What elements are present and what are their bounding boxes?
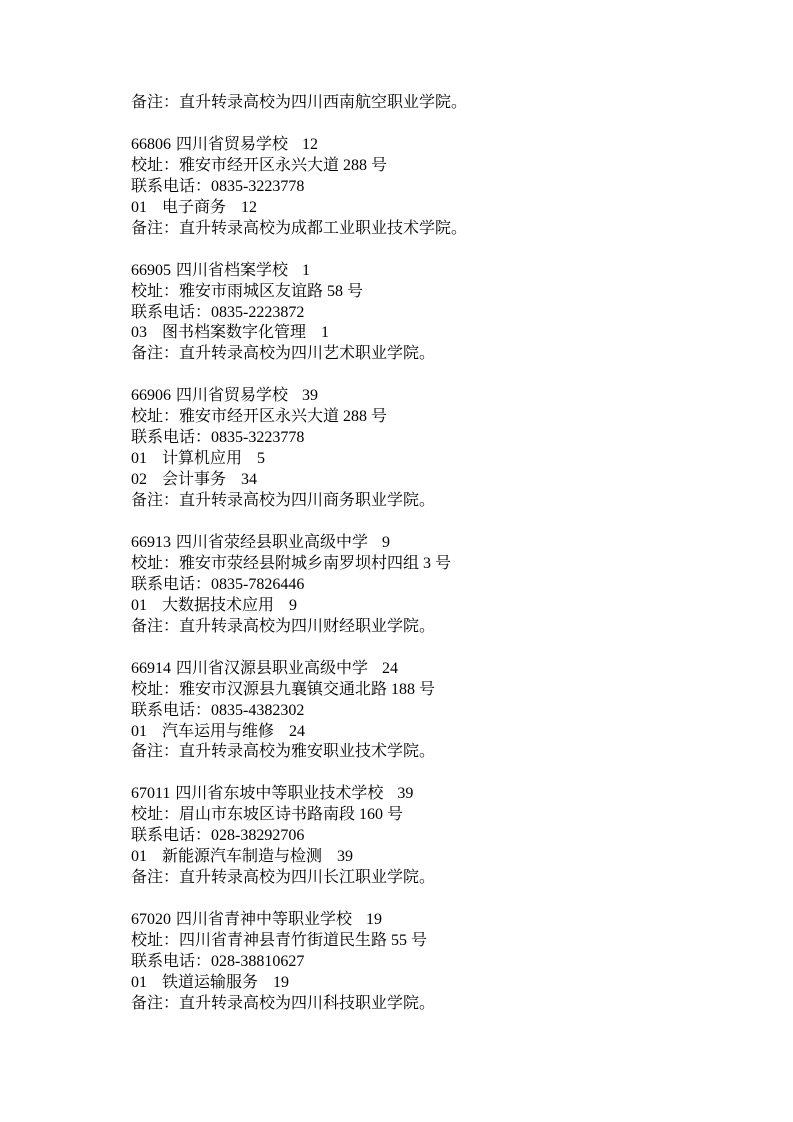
school-address-line: 校址：雅安市经开区永兴大道 288 号 [131, 407, 733, 428]
school-remark-line: 备注：直升转录高校为四川艺术职业学院。 [131, 344, 733, 365]
school-quota: 39 [397, 785, 413, 802]
school-address-line: 校址：雅安市汉源县九襄镇交通北路 188 号 [131, 680, 733, 701]
school-code: 66905 [131, 262, 171, 279]
remark-label: 备注： [131, 94, 179, 111]
major-code: 01 [131, 597, 147, 614]
school-phone-line: 联系电话：028-38810627 [131, 952, 733, 973]
school-address-line: 校址：雅安市荥经县附城乡南罗坝村四组 3 号 [131, 554, 733, 575]
major-line: 01新能源汽车制造与检测39 [131, 847, 733, 868]
major-name: 计算机应用 [162, 450, 242, 467]
phone-label: 联系电话： [131, 576, 211, 593]
school-remark-line: 备注：直升转录高校为四川财经职业学院。 [131, 617, 733, 638]
school-quota: 1 [302, 262, 310, 279]
remark-label: 备注： [131, 220, 179, 237]
phone-number: 0835-7826446 [211, 576, 304, 593]
school-address-line: 校址：四川省青神县青竹街道民生路 55 号 [131, 931, 733, 952]
school-header-line: 66913四川省荥经县职业高级中学9 [131, 533, 733, 554]
address-label: 校址： [131, 157, 179, 174]
major-code: 01 [131, 199, 147, 216]
phone-number: 0835-4382302 [211, 702, 304, 719]
document-page: 备注：直升转录高校为四川西南航空职业学院。 66806四川省贸易学校12 校址：… [0, 0, 793, 1122]
major-quota: 39 [337, 848, 353, 865]
remark-label: 备注： [131, 345, 179, 362]
major-quota: 34 [241, 471, 257, 488]
major-line: 01大数据技术应用9 [131, 596, 733, 617]
school-quota: 24 [382, 660, 398, 677]
school-header-line: 66905四川省档案学校1 [131, 261, 733, 282]
remark-label: 备注： [131, 869, 179, 886]
school-entry: 66913四川省荥经县职业高级中学9 校址：雅安市荥经县附城乡南罗坝村四组 3 … [131, 533, 733, 638]
phone-label: 联系电话： [131, 304, 211, 321]
school-phone-line: 联系电话：0835-2223872 [131, 303, 733, 324]
address-text: 眉山市东坡区诗书路南段 160 号 [179, 806, 403, 823]
school-name: 四川省贸易学校 [176, 136, 288, 153]
school-entry: 67011四川省东坡中等职业技术学校39 校址：眉山市东坡区诗书路南段 160 … [131, 784, 733, 889]
major-line: 01电子商务12 [131, 198, 733, 219]
major-line: 02会计事务34 [131, 470, 733, 491]
school-entry: 66914四川省汉源县职业高级中学24 校址：雅安市汉源县九襄镇交通北路 188… [131, 659, 733, 764]
remark-text: 直升转录高校为雅安职业技术学院。 [179, 743, 435, 760]
school-code: 66806 [131, 136, 171, 153]
remark-text: 直升转录高校为四川科技职业学院。 [179, 995, 435, 1012]
school-remark-line: 备注：直升转录高校为四川长江职业学院。 [131, 868, 733, 889]
major-code: 02 [131, 471, 147, 488]
school-header-line: 67020四川省青神中等职业学校19 [131, 910, 733, 931]
school-address-line: 校址：雅安市经开区永兴大道 288 号 [131, 156, 733, 177]
major-name: 大数据技术应用 [162, 597, 274, 614]
address-text: 四川省青神县青竹街道民生路 55 号 [179, 932, 427, 949]
school-entry: 66806四川省贸易学校12 校址：雅安市经开区永兴大道 288 号 联系电话：… [131, 135, 733, 240]
school-remark-line: 备注：直升转录高校为雅安职业技术学院。 [131, 742, 733, 763]
school-entry: 66906四川省贸易学校39 校址：雅安市经开区永兴大道 288 号 联系电话：… [131, 386, 733, 512]
remark-text: 直升转录高校为四川长江职业学院。 [179, 869, 435, 886]
address-label: 校址： [131, 283, 179, 300]
major-quota: 5 [257, 450, 265, 467]
school-code: 66914 [131, 660, 171, 677]
major-code: 01 [131, 450, 147, 467]
major-quota: 19 [273, 974, 289, 991]
major-line: 01铁道运输服务19 [131, 973, 733, 994]
address-label: 校址： [131, 408, 179, 425]
major-quota: 9 [289, 597, 297, 614]
address-label: 校址： [131, 806, 179, 823]
school-code: 67011 [131, 785, 170, 802]
remark-text: 直升转录高校为四川艺术职业学院。 [179, 345, 435, 362]
address-label: 校址： [131, 681, 179, 698]
major-name: 新能源汽车制造与检测 [162, 848, 322, 865]
phone-number: 0835-3223778 [211, 178, 304, 195]
school-quota: 12 [302, 136, 318, 153]
remark-label: 备注： [131, 743, 179, 760]
address-text: 雅安市汉源县九襄镇交通北路 188 号 [179, 681, 435, 698]
school-name: 四川省档案学校 [176, 262, 288, 279]
major-quota: 12 [241, 199, 257, 216]
phone-number: 0835-2223872 [211, 304, 304, 321]
address-text: 雅安市雨城区友谊路 58 号 [179, 283, 363, 300]
phone-number: 0835-3223778 [211, 429, 304, 446]
major-name: 会计事务 [162, 471, 226, 488]
remark-label: 备注： [131, 618, 179, 635]
remark-label: 备注： [131, 492, 179, 509]
school-quota: 39 [302, 387, 318, 404]
school-name: 四川省青神中等职业学校 [176, 911, 352, 928]
phone-label: 联系电话： [131, 953, 211, 970]
major-name: 汽车运用与维修 [162, 723, 274, 740]
major-quota: 1 [321, 324, 329, 341]
phone-label: 联系电话： [131, 827, 211, 844]
major-quota: 24 [289, 723, 305, 740]
major-name: 电子商务 [162, 199, 226, 216]
school-header-line: 67011四川省东坡中等职业技术学校39 [131, 784, 733, 805]
school-phone-line: 联系电话：0835-3223778 [131, 177, 733, 198]
school-phone-line: 联系电话：028-38292706 [131, 826, 733, 847]
remark-text: 直升转录高校为成都工业职业技术学院。 [179, 220, 467, 237]
major-line: 01计算机应用5 [131, 449, 733, 470]
address-label: 校址： [131, 932, 179, 949]
phone-number: 028-38810627 [211, 953, 304, 970]
school-header-line: 66906四川省贸易学校39 [131, 386, 733, 407]
school-remark-line: 备注：直升转录高校为四川商务职业学院。 [131, 491, 733, 512]
remark-text: 直升转录高校为四川财经职业学院。 [179, 618, 435, 635]
major-name: 图书档案数字化管理 [162, 324, 306, 341]
major-code: 01 [131, 723, 147, 740]
school-name: 四川省东坡中等职业技术学校 [175, 785, 383, 802]
address-text: 雅安市经开区永兴大道 288 号 [179, 157, 387, 174]
major-name: 铁道运输服务 [162, 974, 258, 991]
major-line: 03图书档案数字化管理1 [131, 323, 733, 344]
phone-label: 联系电话： [131, 178, 211, 195]
leading-remark-line: 备注：直升转录高校为四川西南航空职业学院。 [131, 93, 733, 114]
address-label: 校址： [131, 555, 179, 572]
major-code: 01 [131, 848, 147, 865]
school-remark-line: 备注：直升转录高校为成都工业职业技术学院。 [131, 219, 733, 240]
address-text: 雅安市经开区永兴大道 288 号 [179, 408, 387, 425]
school-entry: 67020四川省青神中等职业学校19 校址：四川省青神县青竹街道民生路 55 号… [131, 910, 733, 1015]
school-name: 四川省贸易学校 [176, 387, 288, 404]
school-address-line: 校址：眉山市东坡区诗书路南段 160 号 [131, 805, 733, 826]
school-phone-line: 联系电话：0835-3223778 [131, 428, 733, 449]
major-code: 03 [131, 324, 147, 341]
school-remark-line: 备注：直升转录高校为四川科技职业学院。 [131, 994, 733, 1015]
remark-text: 直升转录高校为四川西南航空职业学院。 [179, 94, 467, 111]
school-phone-line: 联系电话：0835-7826446 [131, 575, 733, 596]
school-code: 66906 [131, 387, 171, 404]
major-code: 01 [131, 974, 147, 991]
school-address-line: 校址：雅安市雨城区友谊路 58 号 [131, 282, 733, 303]
school-quota: 19 [366, 911, 382, 928]
school-entry: 66905四川省档案学校1 校址：雅安市雨城区友谊路 58 号 联系电话：083… [131, 261, 733, 366]
school-name: 四川省汉源县职业高级中学 [176, 660, 368, 677]
address-text: 雅安市荥经县附城乡南罗坝村四组 3 号 [179, 555, 451, 572]
remark-text: 直升转录高校为四川商务职业学院。 [179, 492, 435, 509]
major-line: 01汽车运用与维修24 [131, 722, 733, 743]
school-quota: 9 [382, 534, 390, 551]
school-code: 67020 [131, 911, 171, 928]
phone-label: 联系电话： [131, 702, 211, 719]
school-header-line: 66806四川省贸易学校12 [131, 135, 733, 156]
school-name: 四川省荥经县职业高级中学 [176, 534, 368, 551]
school-phone-line: 联系电话：0835-4382302 [131, 701, 733, 722]
school-code: 66913 [131, 534, 171, 551]
phone-label: 联系电话： [131, 429, 211, 446]
school-header-line: 66914四川省汉源县职业高级中学24 [131, 659, 733, 680]
remark-label: 备注： [131, 995, 179, 1012]
phone-number: 028-38292706 [211, 827, 304, 844]
